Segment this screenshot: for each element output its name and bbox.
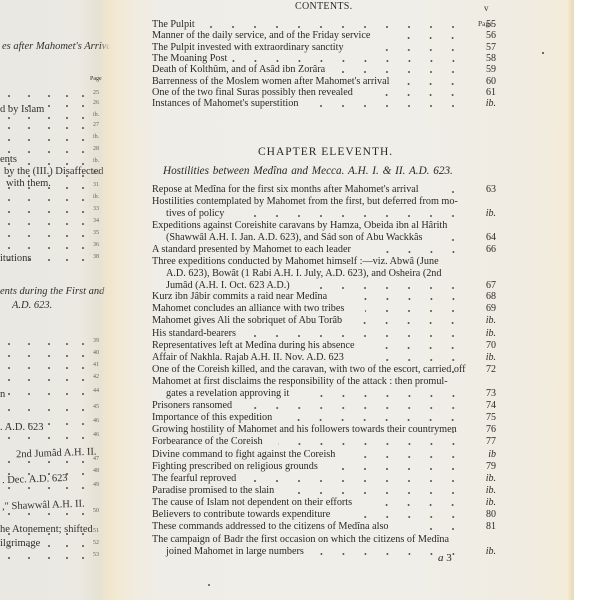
dot-leader — [356, 456, 464, 458]
dot-leader — [452, 431, 464, 433]
toc-entry-text: Representatives left at Medîna during hi… — [152, 340, 355, 351]
book-gutter — [100, 0, 130, 600]
dot-leader — [0, 364, 90, 372]
toc-page-number: 57 — [474, 42, 496, 54]
toc-page-number: 58 — [474, 53, 496, 65]
toc-entry: Manner of the daily service, and of the … — [152, 30, 492, 42]
toc-page-number: 66 — [474, 244, 496, 256]
dot-leader — [0, 340, 90, 348]
dot-leader — [0, 484, 90, 492]
left-page-number: 46 — [93, 432, 99, 438]
toc-entry-text: Instances of Mahomet's superstition — [152, 98, 298, 109]
dot-leader — [0, 352, 90, 360]
toc-entry: Divine command to fight against the Core… — [152, 449, 492, 461]
left-page-number: 34 — [93, 218, 99, 224]
dot-leader — [0, 208, 90, 216]
toc-entry-text: tives of policy — [152, 208, 492, 220]
dot-leader — [241, 215, 464, 217]
toc-entry: Expeditions against Coreishite caravans … — [152, 220, 492, 244]
toc-page-number: 55 — [474, 19, 496, 31]
page-folio: v — [484, 3, 489, 13]
left-page-number: 41 — [93, 362, 99, 368]
dot-leader — [452, 191, 464, 193]
toc-entry: Kurz ibn Jâbir commits a raid near Medîn… — [152, 291, 492, 303]
toc-entry: Affair of Nakhla. Rajab A.H. II. Nov. A.… — [152, 352, 492, 364]
toc-entry-text: A.D. 623), Bowât (1 Rabi A.H. I. July, A… — [152, 268, 492, 280]
signature-number: 3 — [446, 552, 452, 564]
left-page-number: 51 — [93, 528, 99, 534]
toc-entry: A standard presented by Mahomet to each … — [152, 244, 492, 256]
toc-entry: Forbearance of the Coreish77 — [152, 436, 492, 448]
toc-entry-text: One of the two final Suras possibly then… — [152, 87, 353, 98]
chapter-subtitle: Hostilities between Medîna and Mecca. A.… — [163, 165, 453, 177]
dot-leader — [0, 554, 90, 562]
left-page-number: 47 — [93, 456, 99, 462]
toc-entry-text: The campaign of Badr the first occasion … — [152, 534, 492, 546]
toc-entry-text: Mahomet at first disclaims the responsib… — [152, 376, 492, 388]
dot-leader — [0, 136, 90, 144]
toc-page-number: 73 — [474, 388, 496, 400]
dot-leader — [0, 256, 90, 264]
toc-entry-text: A standard presented by Mahomet to each … — [152, 244, 351, 255]
dot-leader — [0, 184, 90, 192]
dot-leader — [0, 102, 90, 110]
dot-leader — [383, 94, 464, 96]
toc-entry-text: Mahomet concludes an alliance with two t… — [152, 303, 344, 314]
dot-leader — [356, 516, 464, 518]
toc-entry-text: His standard-bearers — [152, 328, 236, 339]
toc-entry: One of the two final Suras possibly then… — [152, 87, 492, 99]
toc-page-number: 56 — [474, 30, 496, 42]
toc-entry-text: Prisoners ransomed — [152, 400, 232, 411]
dot-leader — [0, 244, 90, 252]
toc-page-number: ib. — [474, 473, 496, 485]
dot-leader — [342, 71, 464, 73]
toc-page-number: 61 — [474, 87, 496, 99]
toc-entry-text: Divine command to fight against the Core… — [152, 449, 335, 460]
toc-entry: The cause of Islam not dependent on thei… — [152, 497, 492, 509]
toc-page-number: 77 — [474, 436, 496, 448]
toc-page-number: ib. — [474, 98, 496, 110]
dot-leader — [0, 92, 90, 100]
paper-speck — [542, 52, 544, 54]
left-page-number: 27 — [93, 122, 99, 128]
toc-entry-text: Jumâd (A.H. I. Oct. 623 A.D.) — [152, 280, 492, 292]
toc-page-number: ib. — [474, 497, 496, 509]
toc-page-number: 70 — [474, 340, 496, 352]
dot-leader — [0, 390, 90, 398]
toc-entry-text: Importance of this expedition — [152, 412, 272, 423]
toc-page-number: ib. — [474, 328, 496, 340]
left-page-number: 46 — [93, 418, 99, 424]
dot-leader — [406, 37, 464, 39]
signature-letter: a — [438, 552, 444, 564]
dot-leader — [0, 458, 90, 466]
toc-entry-text: One of the Coreish killed, and the carav… — [152, 364, 466, 375]
toc-entry-text: The fearful reproved — [152, 473, 236, 484]
left-page-number: 38 — [93, 254, 99, 260]
left-page-toc-fragment: es after Mahomet's Arrival.Paged by Isla… — [0, 0, 100, 600]
toc-entry-text: Affair of Nakhla. Rajab A.H. II. Nov. A.… — [152, 352, 344, 363]
left-page-number: ib. — [93, 170, 99, 176]
left-page-number: 42 — [93, 374, 99, 380]
dot-leader — [319, 105, 464, 107]
toc-entry-text: gates a revelation approving it — [152, 388, 492, 400]
dot-leader — [315, 395, 464, 397]
toc-entry-text: These commands addressed to the citizens… — [152, 521, 389, 532]
dot-leader — [0, 530, 90, 538]
left-page-number: 26 — [93, 100, 99, 106]
running-head: CONTENTS. — [295, 1, 352, 12]
toc-entry: Barrenness of the Moslem women after Mah… — [152, 76, 492, 88]
book-spread: es after Mahomet's Arrival.Paged by Isla… — [0, 0, 574, 600]
toc-entry: Mahomet at first disclaims the responsib… — [152, 376, 492, 400]
dot-leader — [0, 376, 90, 384]
toc-page-number: ib. — [474, 546, 496, 558]
dot-leader — [241, 407, 464, 409]
dot-leader — [370, 251, 464, 253]
dot-leader — [204, 26, 464, 28]
toc-entry: Mahomet concludes an alliance with two t… — [152, 303, 492, 315]
dot-leader — [278, 443, 464, 445]
toc-page-number: 81 — [474, 521, 496, 533]
left-page-number: 44 — [93, 388, 99, 394]
toc-page-number: 75 — [474, 412, 496, 424]
toc-entry-text: Manner of the daily service, and of the … — [152, 30, 370, 41]
dot-leader — [383, 504, 464, 506]
toc-page-number: 79 — [474, 461, 496, 473]
dot-leader — [0, 148, 90, 156]
toc-page-number: ib — [474, 449, 496, 461]
dot-leader — [448, 239, 464, 241]
toc-entry: These commands addressed to the citizens… — [152, 521, 492, 533]
left-page-number: 28 — [93, 146, 99, 152]
dot-leader — [250, 480, 464, 482]
toc-entry-text: Expeditions against Coreishite caravans … — [152, 220, 492, 232]
left-page-number: 36 — [93, 242, 99, 248]
left-page-text-fragment: ents during the First and — [0, 286, 104, 297]
toc-entry: Believers to contribute towards expendit… — [152, 509, 492, 521]
toc-entry-text: The Pulpit invested with extraordinary s… — [152, 42, 344, 53]
left-page-number: 48 — [93, 468, 99, 474]
toc-page-number: ib. — [474, 485, 496, 497]
left-page-number: 52 — [93, 540, 99, 546]
left-page-number: 45 — [93, 404, 99, 410]
dot-leader — [374, 49, 464, 51]
dot-leader — [347, 298, 464, 300]
dot-leader — [379, 359, 464, 361]
chapter-title: CHAPTER ELEVENTH. — [258, 146, 393, 158]
toc-entry-text: Repose at Medîna for the first six month… — [152, 184, 419, 195]
dot-leader — [0, 542, 90, 550]
dot-leader — [310, 287, 464, 289]
page-edge — [568, 0, 574, 600]
dot-leader — [0, 470, 90, 478]
dot-leader — [0, 124, 90, 132]
dot-leader — [0, 114, 90, 122]
toc-entry: Repose at Medîna for the first six month… — [152, 184, 492, 196]
toc-entry-text: Mahomet gives Ali the sobriquet of Abu T… — [152, 315, 342, 326]
dot-leader — [291, 419, 464, 421]
dot-leader — [452, 371, 464, 373]
toc-entry: Prisoners ransomed74 — [152, 400, 492, 412]
toc-page-number: 63 — [474, 184, 496, 196]
left-page-text-fragment: A.D. 623. — [12, 300, 52, 311]
toc-entry: Fighting prescribed on religious grounds… — [152, 461, 492, 473]
left-page-number: ib. — [93, 194, 99, 200]
dot-leader — [0, 420, 90, 428]
toc-entry-text: Death of Kolthûm, and of Asâd ibn Zorâra — [152, 64, 325, 75]
toc-entry: Representatives left at Medîna during hi… — [152, 340, 492, 352]
left-page-number: 31 — [93, 182, 99, 188]
dot-leader — [0, 172, 90, 180]
toc-entry-text: Believers to contribute towards expendit… — [152, 509, 330, 520]
left-page-number: 33 — [93, 206, 99, 212]
dot-leader — [0, 510, 90, 518]
toc-page-number: ib. — [474, 315, 496, 327]
toc-entry: Hostilities contemplated by Mahomet from… — [152, 196, 492, 220]
dot-leader — [0, 434, 90, 442]
left-page-number: ib. — [93, 158, 99, 164]
toc-entry-text: Forbearance of the Coreish — [152, 436, 263, 447]
toc-entry: The Pulpit55 — [152, 19, 492, 31]
toc-entry-text: Three expeditions conducted by Mahomet h… — [152, 256, 492, 268]
dot-leader — [360, 322, 464, 324]
toc-entry-text: The cause of Islam not dependent on thei… — [152, 497, 352, 508]
toc-entry-text: Growing hostility of Mahomet and his fol… — [152, 424, 457, 435]
toc-entry: Three expeditions conducted by Mahomet h… — [152, 256, 492, 292]
toc-page-number: 64 — [474, 232, 496, 244]
toc-entry: Paradise promised to the slainib. — [152, 485, 492, 497]
toc-entry-text: Paradise promised to the slain — [152, 485, 274, 496]
left-page-number: 39 — [93, 338, 99, 344]
toc-entry: The Pulpit invested with extraordinary s… — [152, 42, 492, 54]
left-page-number: 25 — [93, 90, 99, 96]
dot-leader — [411, 528, 464, 530]
dot-leader — [0, 160, 90, 168]
left-page-number: ib. — [93, 112, 99, 118]
toc-entry: Mahomet gives Ali the sobriquet of Abu T… — [152, 315, 492, 327]
toc-page-number: 69 — [474, 303, 496, 315]
toc-entry: The Moaning Post58 — [152, 53, 492, 65]
toc-entry: One of the Coreish killed, and the carav… — [152, 364, 492, 376]
paper-speck — [208, 584, 210, 586]
dot-leader — [0, 196, 90, 204]
toc-page-number: ib. — [474, 352, 496, 364]
toc-page-number: 67 — [474, 280, 496, 292]
toc-page-number: 68 — [474, 291, 496, 303]
toc-page-number: 74 — [474, 400, 496, 412]
toc-entry: Death of Kolthûm, and of Asâd ibn Zorâra… — [152, 64, 492, 76]
dot-leader — [342, 468, 464, 470]
left-page-number: 50 — [93, 508, 99, 514]
toc-entry: His standard-bearersib. — [152, 328, 492, 340]
left-page-text-fragment: es after Mahomet's Arrival. — [2, 41, 112, 52]
dot-leader — [406, 83, 464, 85]
dot-leader — [250, 335, 464, 337]
dot-leader — [383, 347, 464, 349]
left-page-number: ib. — [93, 134, 99, 140]
toc-page-number: 72 — [474, 364, 496, 376]
toc-entry: Importance of this expedition75 — [152, 412, 492, 424]
toc-entry-text: Barrenness of the Moslem women after Mah… — [152, 76, 390, 87]
toc-entry: The fearful reprovedib. — [152, 473, 492, 485]
toc-entry-text: Fighting prescribed on religious grounds — [152, 461, 318, 472]
toc-entry-text: (Shawwâl A.H. I. Jan. A.D. 623), and Sád… — [152, 232, 492, 244]
dot-leader — [232, 60, 464, 62]
toc-page-number: 76 — [474, 424, 496, 436]
toc-page-number: 80 — [474, 509, 496, 521]
left-page-number: 40 — [93, 350, 99, 356]
left-page-number: 35 — [93, 230, 99, 236]
toc-page-number: ib. — [474, 208, 496, 220]
signature-mark: a 3 — [438, 552, 452, 564]
toc-entry: Growing hostility of Mahomet and his fol… — [152, 424, 492, 436]
toc-entry-text: Kurz ibn Jâbir commits a raid near Medîn… — [152, 291, 327, 302]
dot-leader — [0, 406, 90, 414]
toc-page-number: 59 — [474, 64, 496, 76]
dot-leader — [0, 220, 90, 228]
left-page: es after Mahomet's Arrival.Paged by Isla… — [0, 0, 112, 600]
toc-entry-text: The Moaning Post — [152, 53, 227, 64]
left-page-number: 49 — [93, 482, 99, 488]
dot-leader — [0, 232, 90, 240]
dot-leader — [296, 492, 464, 494]
toc-entry-text: The Pulpit — [152, 19, 195, 30]
left-page-number: 53 — [93, 552, 99, 558]
toc-entry-text: Hostilities contemplated by Mahomet from… — [152, 196, 492, 208]
dot-leader — [365, 310, 464, 312]
toc-entry: Instances of Mahomet's superstitionib. — [152, 98, 492, 110]
toc-page-number: 60 — [474, 76, 496, 88]
